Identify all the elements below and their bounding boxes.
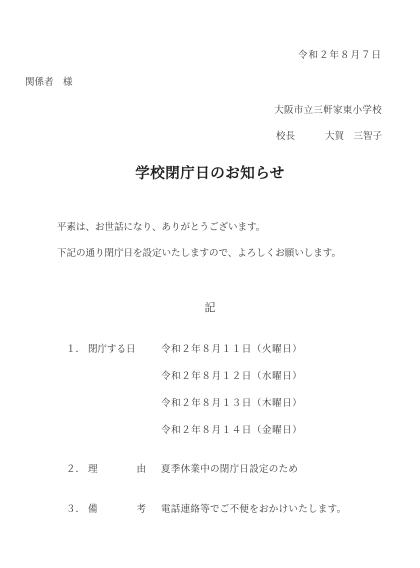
label-part: 考	[136, 501, 146, 515]
sender-name: 大賀 三智子	[325, 131, 382, 142]
item-remarks: ３．備考	[66, 501, 160, 515]
closure-date-3: 令和２年８月１３日（木曜日）	[161, 395, 302, 409]
closure-date-4: 令和２年８月１４日（金曜日）	[161, 422, 302, 436]
label-part: 備	[88, 501, 98, 515]
item-number: ２．	[66, 461, 88, 475]
item-reason-value: 夏季休業中の閉庁日設定のため	[161, 461, 298, 475]
item-label: 理由	[88, 461, 146, 475]
item-remarks-value: 電話連絡等でご不便をおかけいたします。	[161, 501, 346, 515]
greeting-line-2: 下記の通り閉庁日を設定いたしますので、よろしくお願いします。	[57, 245, 341, 259]
sender-school: 大阪市立三軒家東小学校	[274, 102, 382, 116]
item-label: 閉庁する日	[88, 341, 160, 355]
item-reason: ２．理由	[66, 461, 160, 475]
document-title: 学校閉庁日のお知らせ	[0, 162, 420, 183]
closure-date-2: 令和２年８月１２日（水曜日）	[161, 368, 302, 382]
addressee: 関係者 様	[25, 74, 73, 88]
item-closure-days: １．閉庁する日	[66, 341, 160, 355]
label-part: 由	[136, 461, 146, 475]
ki-heading: 記	[0, 299, 420, 315]
item-number: １．	[66, 341, 88, 355]
item-label: 備考	[88, 501, 146, 515]
label-part: 理	[88, 461, 98, 475]
closure-date-1: 令和２年８月１１日（火曜日）	[161, 341, 302, 355]
sender-role: 校長	[276, 131, 295, 142]
sender-principal: 校長大賀 三智子	[276, 128, 382, 142]
greeting-line-1: 平素は、お世話になり、ありがとうございます。	[57, 219, 265, 233]
document-date: 令和２年８月７日	[298, 47, 382, 61]
item-number: ３．	[66, 501, 88, 515]
